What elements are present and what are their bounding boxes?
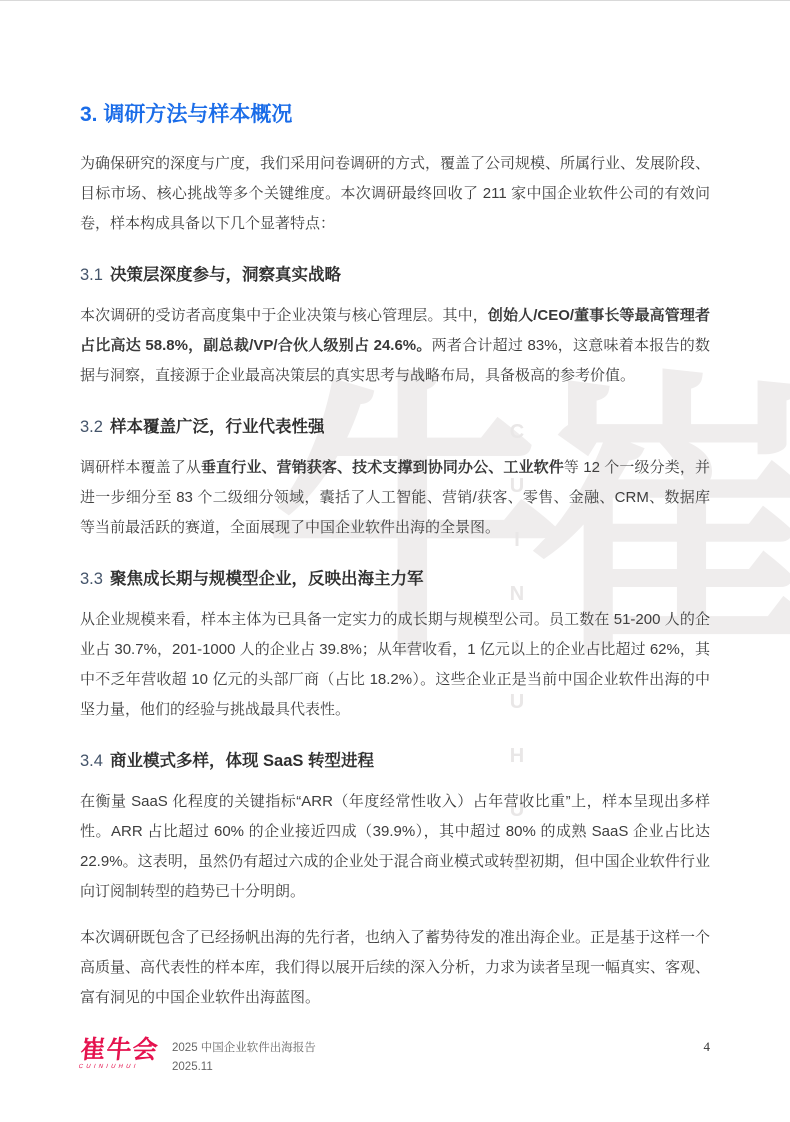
section-paragraph-3-4: 在衡量 SaaS 化程度的关键指标“ARR（年度经常性收入）占年营收比重”上，样… [80,787,710,907]
section-paragraph-3-3: 从企业规模来看，样本主体为已具备一定实力的成长期与规模型公司。员工数在 51-2… [80,605,710,725]
report-title: 2025 中国企业软件出海报告 [172,1039,316,1058]
text-run: 本次调研的受访者高度集中于企业决策与核心管理层。其中， [80,307,488,324]
logo-latin-text: CUINIUHUI [78,1063,157,1071]
section-title: 样本覆盖广泛，行业代表性强 [110,418,325,436]
document-page: 崔牛 CUINIUHUI 3. 调研方法与样本概况 为确保研究的深度与广度，我们… [0,0,790,1122]
page-title: 3. 调研方法与样本概况 [80,101,710,129]
page-footer: 崔牛会 CUINIUHUI 2025 中国企业软件出海报告 2025.11 [80,1037,710,1077]
text-run: 本次调研既包含了已经扬帆出海的先行者，也纳入了蓄势待发的准出海企业。正是基于这样… [80,929,710,1006]
section-title: 决策层深度参与，洞察真实战略 [110,266,341,284]
logo-chinese-text: 崔牛会 [79,1037,160,1063]
section-number: 3.2 [80,418,103,436]
text-run: 为确保研究的深度与广度，我们采用问卷调研的方式，覆盖了公司规模、所属行业、发展阶… [80,155,710,232]
section-title: 商业模式多样，体现 SaaS 转型进程 [110,752,374,770]
section-heading-3-2: 3.2样本覆盖广泛，行业代表性强 [80,415,710,439]
text-run: 在衡量 SaaS 化程度的关键指标“ARR（年度经常性收入）占年营收比重”上，样… [80,793,710,900]
cuiniuhui-logo: 崔牛会 CUINIUHUI [78,1037,160,1071]
section-heading-3-3: 3.3聚焦成长期与规模型企业，反映出海主力军 [80,567,710,591]
intro-paragraph: 为确保研究的深度与广度，我们采用问卷调研的方式，覆盖了公司规模、所属行业、发展阶… [80,149,710,239]
section-number: 3.3 [80,570,103,588]
text-run: 调研样本覆盖了从 [80,459,201,476]
section-number: 3.1 [80,266,103,284]
report-date: 2025.11 [172,1058,316,1077]
section-paragraph-3-2: 调研样本覆盖了从垂直行业、营销获客、技术支撑到协同办公、工业软件等 12 个一级… [80,453,710,543]
text-run: 垂直行业、营销获客、技术支撑到协同办公、工业软件 [201,459,564,476]
text-run: 从企业规模来看，样本主体为已具备一定实力的成长期与规模型公司。员工数在 51-2… [80,611,710,718]
page-number: 4 [704,1039,711,1055]
section-number: 3.4 [80,752,103,770]
section-heading-3-4: 3.4商业模式多样，体现 SaaS 转型进程 [80,749,710,773]
section-title: 聚焦成长期与规模型企业，反映出海主力军 [110,570,424,588]
document-content: 3. 调研方法与样本概况 为确保研究的深度与广度，我们采用问卷调研的方式，覆盖了… [80,101,710,1013]
section-paragraph-3-1: 本次调研的受访者高度集中于企业决策与核心管理层。其中，创始人/CEO/董事长等最… [80,301,710,391]
section-heading-3-1: 3.1决策层深度参与，洞察真实战略 [80,263,710,287]
footer-meta: 2025 中国企业软件出海报告 2025.11 [172,1037,316,1077]
closing-paragraph: 本次调研既包含了已经扬帆出海的先行者，也纳入了蓄势待发的准出海企业。正是基于这样… [80,923,710,1013]
